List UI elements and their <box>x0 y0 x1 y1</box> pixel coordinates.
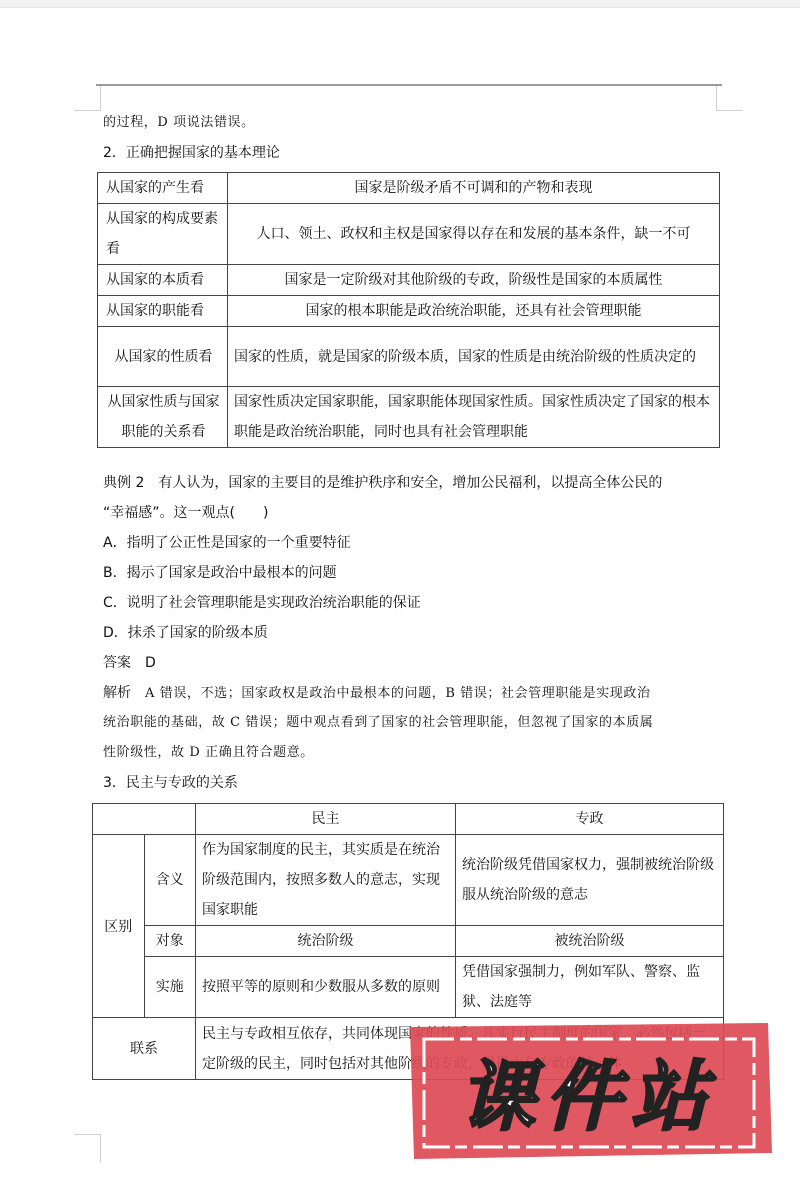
table-row: 实施 按照平等的原则和少数服从多数的原则 凭借国家强制力，例如军队、警察、监狱、… <box>93 957 724 1018</box>
content-cell: 人口、领土、政权和主权是国家得以存在和发展的基本条件，缺一不可 <box>228 204 720 265</box>
section-2-title: 2．正确把握国家的基本理论 <box>103 143 280 163</box>
page-header-rule <box>96 84 722 86</box>
table-row: 从国家的职能看 国家的根本职能是政治统治职能，还具有社会管理职能 <box>98 296 720 327</box>
table-row: 从国家的构成要素看 人口、领土、政权和主权是国家得以存在和发展的基本条件，缺一不… <box>98 204 720 265</box>
row-label: 含义 <box>144 835 196 926</box>
column-header-democracy: 民主 <box>196 804 456 835</box>
analysis-label: 解析 <box>103 685 131 701</box>
state-theory-table: 从国家的产生看 国家是阶级矛盾不可调和的产物和表现 从国家的构成要素看 人口、领… <box>97 172 720 448</box>
aspect-cell: 从国家的产生看 <box>98 173 228 204</box>
row-label: 对象 <box>144 926 196 957</box>
aspect-cell: 从国家的本质看 <box>98 265 228 296</box>
intro-line: 的过程，D 项说法错误。 <box>103 113 255 133</box>
answer-label: 答案 <box>103 655 131 671</box>
table-row: 对象 统治阶级 被统治阶级 <box>93 926 724 957</box>
answer-value: D <box>145 655 156 671</box>
content-cell: 国家的根本职能是政治统治职能，还具有社会管理职能 <box>228 296 720 327</box>
example-question-line-1: 典例 2 有人认为，国家的主要目的是维护秩序和安全，增加公民福利，以提高全体公民… <box>103 473 662 493</box>
page-corner-mark-top-left <box>74 86 101 111</box>
content-cell: 国家是一定阶级对其他阶级的专政，阶级性是国家的本质属性 <box>228 265 720 296</box>
group-label-difference: 区别 <box>93 835 145 1018</box>
table-header-row: 民主 专政 <box>93 804 724 835</box>
empty-header-cell <box>93 804 196 835</box>
dictatorship-cell: 统治阶级凭借国家权力，强制被统治阶级服从统治阶级的意志 <box>456 835 724 926</box>
column-header-dictatorship: 专政 <box>456 804 724 835</box>
example-label: 典例 2 <box>103 475 144 491</box>
section-3-title: 3．民主与专政的关系 <box>103 773 238 793</box>
aspect-cell: 从国家的构成要素看 <box>98 204 228 265</box>
link-label: 联系 <box>93 1018 196 1080</box>
content-cell: 国家性质决定国家职能，国家职能体现国家性质。国家性质决定了国家的根本职能是政治统… <box>228 387 720 448</box>
table-row: 从国家的性质看 国家的性质，就是国家的阶级本质，国家的性质是由统治阶级的性质决定… <box>98 327 720 387</box>
aspect-cell: 从国家的职能看 <box>98 296 228 327</box>
content-cell: 国家的性质，就是国家的阶级本质，国家的性质是由统治阶级的性质决定的 <box>228 327 720 387</box>
democracy-cell: 按照平等的原则和少数服从多数的原则 <box>196 957 456 1018</box>
analysis-line-3: 性阶级性，故 D 正确且符合题意。 <box>103 743 314 763</box>
democracy-cell: 统治阶级 <box>196 926 456 957</box>
analysis-text: A 错误，不选；国家政权是政治中最根本的问题，B 错误；社会管理职能是实现政治 <box>145 686 651 701</box>
content-cell: 国家是阶级矛盾不可调和的产物和表现 <box>228 173 720 204</box>
dictatorship-cell: 被统治阶级 <box>456 926 724 957</box>
example-question-line-2: “幸福感”。这一观点( ) <box>103 503 268 523</box>
aspect-cell: 从国家的性质看 <box>98 327 228 387</box>
page-corner-mark-bottom-left <box>74 1134 101 1163</box>
row-label: 实施 <box>144 957 196 1018</box>
example-question-text: 有人认为，国家的主要目的是维护秩序和安全，增加公民福利，以提高全体公民的 <box>158 475 662 491</box>
watermark-stamp-icon: 课件站 <box>400 1015 776 1165</box>
table-row: 区别 含义 作为国家制度的民主，其实质是在统治阶级范围内，按照多数人的意志，实现… <box>93 835 724 926</box>
table-row: 从国家的本质看 国家是一定阶级对其他阶级的专政，阶级性是国家的本质属性 <box>98 265 720 296</box>
option-c: C．说明了社会管理职能是实现政治统治职能的保证 <box>103 593 421 613</box>
watermark-text: 课件站 <box>459 1052 717 1141</box>
option-a: A．指明了公正性是国家的一个重要特征 <box>103 533 351 553</box>
dictatorship-cell: 凭借国家强制力，例如军队、警察、监狱、法庭等 <box>456 957 724 1018</box>
aspect-cell: 从国家性质与国家职能的关系看 <box>98 387 228 448</box>
viewer-top-bar <box>0 0 800 8</box>
option-d: D．抹杀了国家的阶级本质 <box>103 623 268 643</box>
option-b: B．揭示了国家是政治中最根本的问题 <box>103 563 337 583</box>
answer-line: 答案 D <box>103 653 156 673</box>
table-row: 从国家的产生看 国家是阶级矛盾不可调和的产物和表现 <box>98 173 720 204</box>
watermark-stamp: 课件站 <box>400 1015 776 1165</box>
analysis-line-2: 统治职能的基础，故 C 错误；题中观点看到了国家的社会管理职能，但忽视了国家的本… <box>103 713 653 733</box>
analysis-line-1: 解析 A 错误，不选；国家政权是政治中最根本的问题，B 错误；社会管理职能是实现… <box>103 683 651 704</box>
table-row: 从国家性质与国家职能的关系看 国家性质决定国家职能，国家职能体现国家性质。国家性… <box>98 387 720 448</box>
page-corner-mark-top-right <box>716 86 743 111</box>
democracy-cell: 作为国家制度的民主，其实质是在统治阶级范围内，按照多数人的意志，实现国家职能 <box>196 835 456 926</box>
